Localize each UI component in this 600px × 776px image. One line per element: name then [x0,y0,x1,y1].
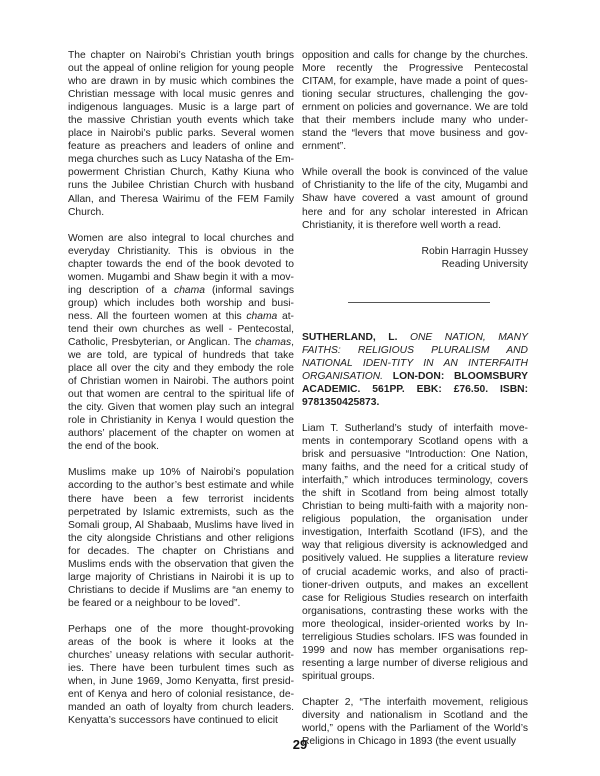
book-author: SUTHERLAND, L. [302,332,397,343]
paragraph-women: Women are also integral to local churche… [68,232,294,454]
book-citation: SUTHERLAND, L. ONE NATION, MANY FAITHS: … [302,331,528,409]
paragraph-youth: The chapter on Nairobi’s Christian youth… [68,49,294,219]
page-number: 29 [0,737,600,752]
reviewer-name: Robin Harragin Hussey [302,245,528,258]
reviewer-signature: Robin Harragin Hussey Reading University [302,245,528,271]
reviewer-affiliation: Reading University [302,258,528,271]
right-column: opposition and calls for change by the c… [302,49,528,761]
left-column: The chapter on Nairobi’s Christian youth… [68,49,294,740]
paragraph-secular-authorities: Perhaps one of the more thought-provokin… [68,623,294,727]
paragraph-conclusion: While overall the book is convinced of t… [302,166,528,231]
paragraph-muslims: Muslims make up 10% of Nairobi’s populat… [68,466,294,610]
paragraph-opposition: opposition and calls for change by the c… [302,49,528,153]
paragraph-sutherland-intro: Liam T. Sutherland’s study of interfaith… [302,422,528,683]
section-divider [348,302,490,303]
